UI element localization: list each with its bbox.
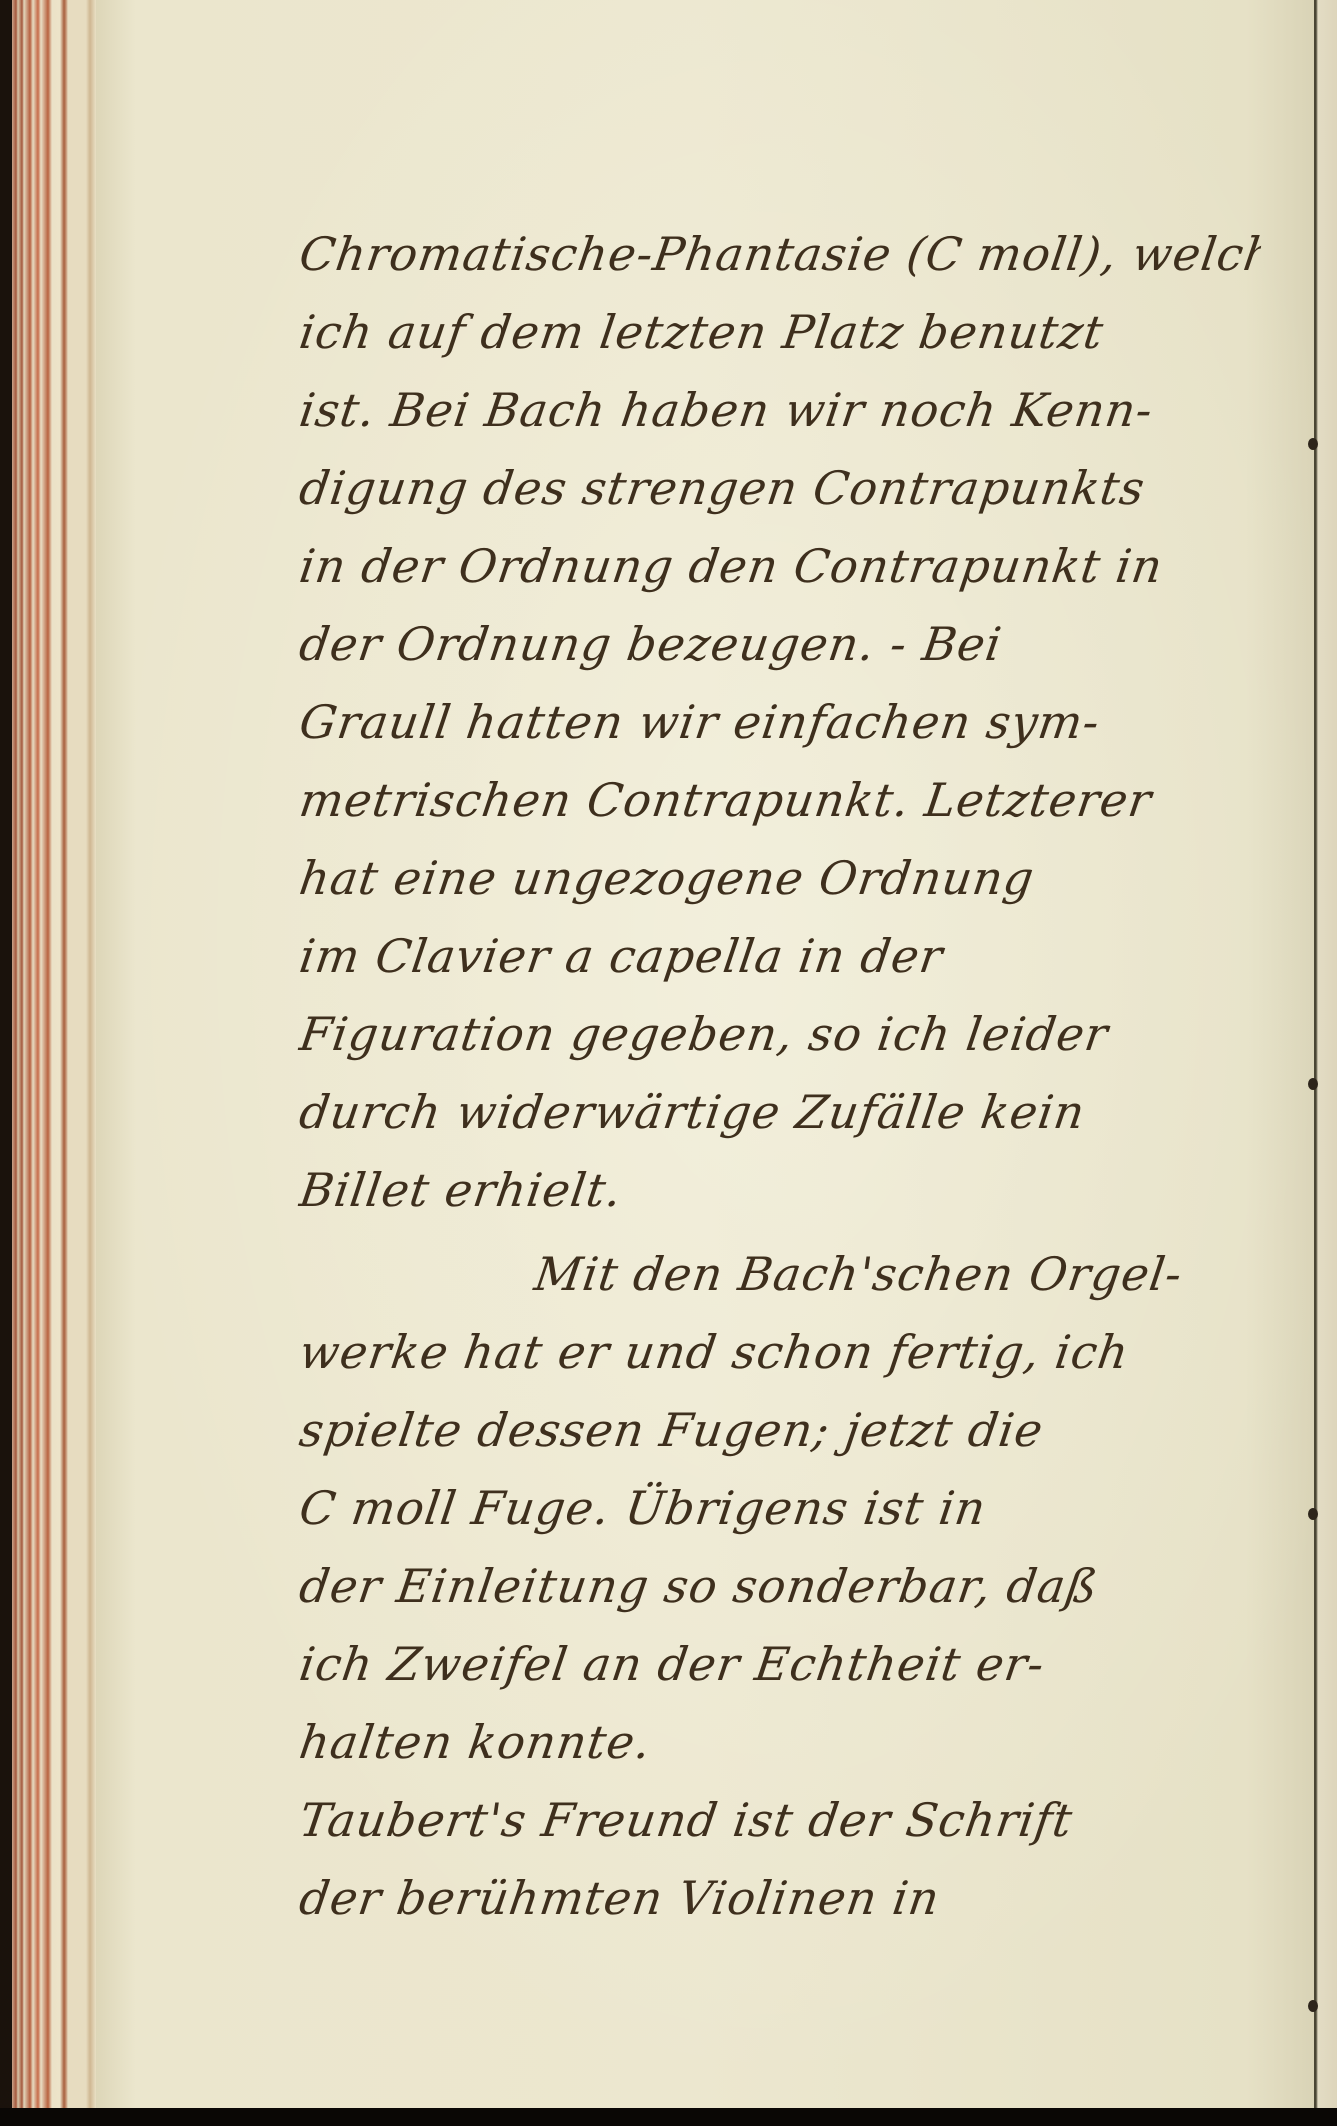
binding-stitch-icon [1308, 438, 1318, 450]
manuscript-line: ich auf dem letzten Platz benutzt [295, 293, 1266, 371]
manuscript-line: Mit den Bach'schen Orgel- [295, 1235, 1266, 1313]
handwritten-text-block: Chromatische-Phantasie (C moll), welche … [300, 215, 1260, 1937]
manuscript-line: im Clavier a capella in der [295, 917, 1266, 995]
book-binding-edge [1314, 0, 1337, 2108]
scan-bottom-shadow [0, 2108, 1337, 2126]
manuscript-line: Figuration gegeben, so ich leider [295, 995, 1266, 1073]
binding-stitch-icon [1308, 1078, 1318, 1090]
book-page-edges [0, 0, 96, 2108]
manuscript-line: durch widerwärtige Zufälle kein [295, 1073, 1266, 1151]
manuscript-line: ich Zweifel an der Echtheit er- [295, 1625, 1266, 1703]
manuscript-line: metrischen Contrapunkt. Letzterer [295, 761, 1266, 839]
manuscript-line: Chromatische-Phantasie (C moll), welche [295, 215, 1266, 293]
manuscript-line: in der Ordnung den Contrapunkt in [295, 527, 1266, 605]
binding-stitch-icon [1308, 1508, 1318, 1520]
manuscript-line: hat eine ungezogene Ordnung [295, 839, 1266, 917]
manuscript-line: digung des strengen Contrapunkts [295, 449, 1266, 527]
manuscript-line: Graull hatten wir einfachen sym- [295, 683, 1266, 761]
manuscript-line: der berühmten Violinen in [295, 1859, 1266, 1937]
manuscript-scan: Chromatische-Phantasie (C moll), welche … [0, 0, 1337, 2108]
manuscript-line: werke hat er und schon fertig, ich [295, 1313, 1266, 1391]
manuscript-line: der Einleitung so sonderbar, daß [295, 1547, 1266, 1625]
manuscript-line: C moll Fuge. Übrigens ist in [295, 1469, 1266, 1547]
binding-stitch-icon [1308, 2000, 1318, 2012]
manuscript-line: Taubert's Freund ist der Schrift [295, 1781, 1266, 1859]
manuscript-line: Billet erhielt. [295, 1151, 1266, 1229]
manuscript-line: ist. Bei Bach haben wir noch Kenn- [295, 371, 1266, 449]
manuscript-line: halten konnte. [295, 1703, 1266, 1781]
manuscript-line: der Ordnung bezeugen. - Bei [295, 605, 1266, 683]
manuscript-line: spielte dessen Fugen; jetzt die [295, 1391, 1266, 1469]
